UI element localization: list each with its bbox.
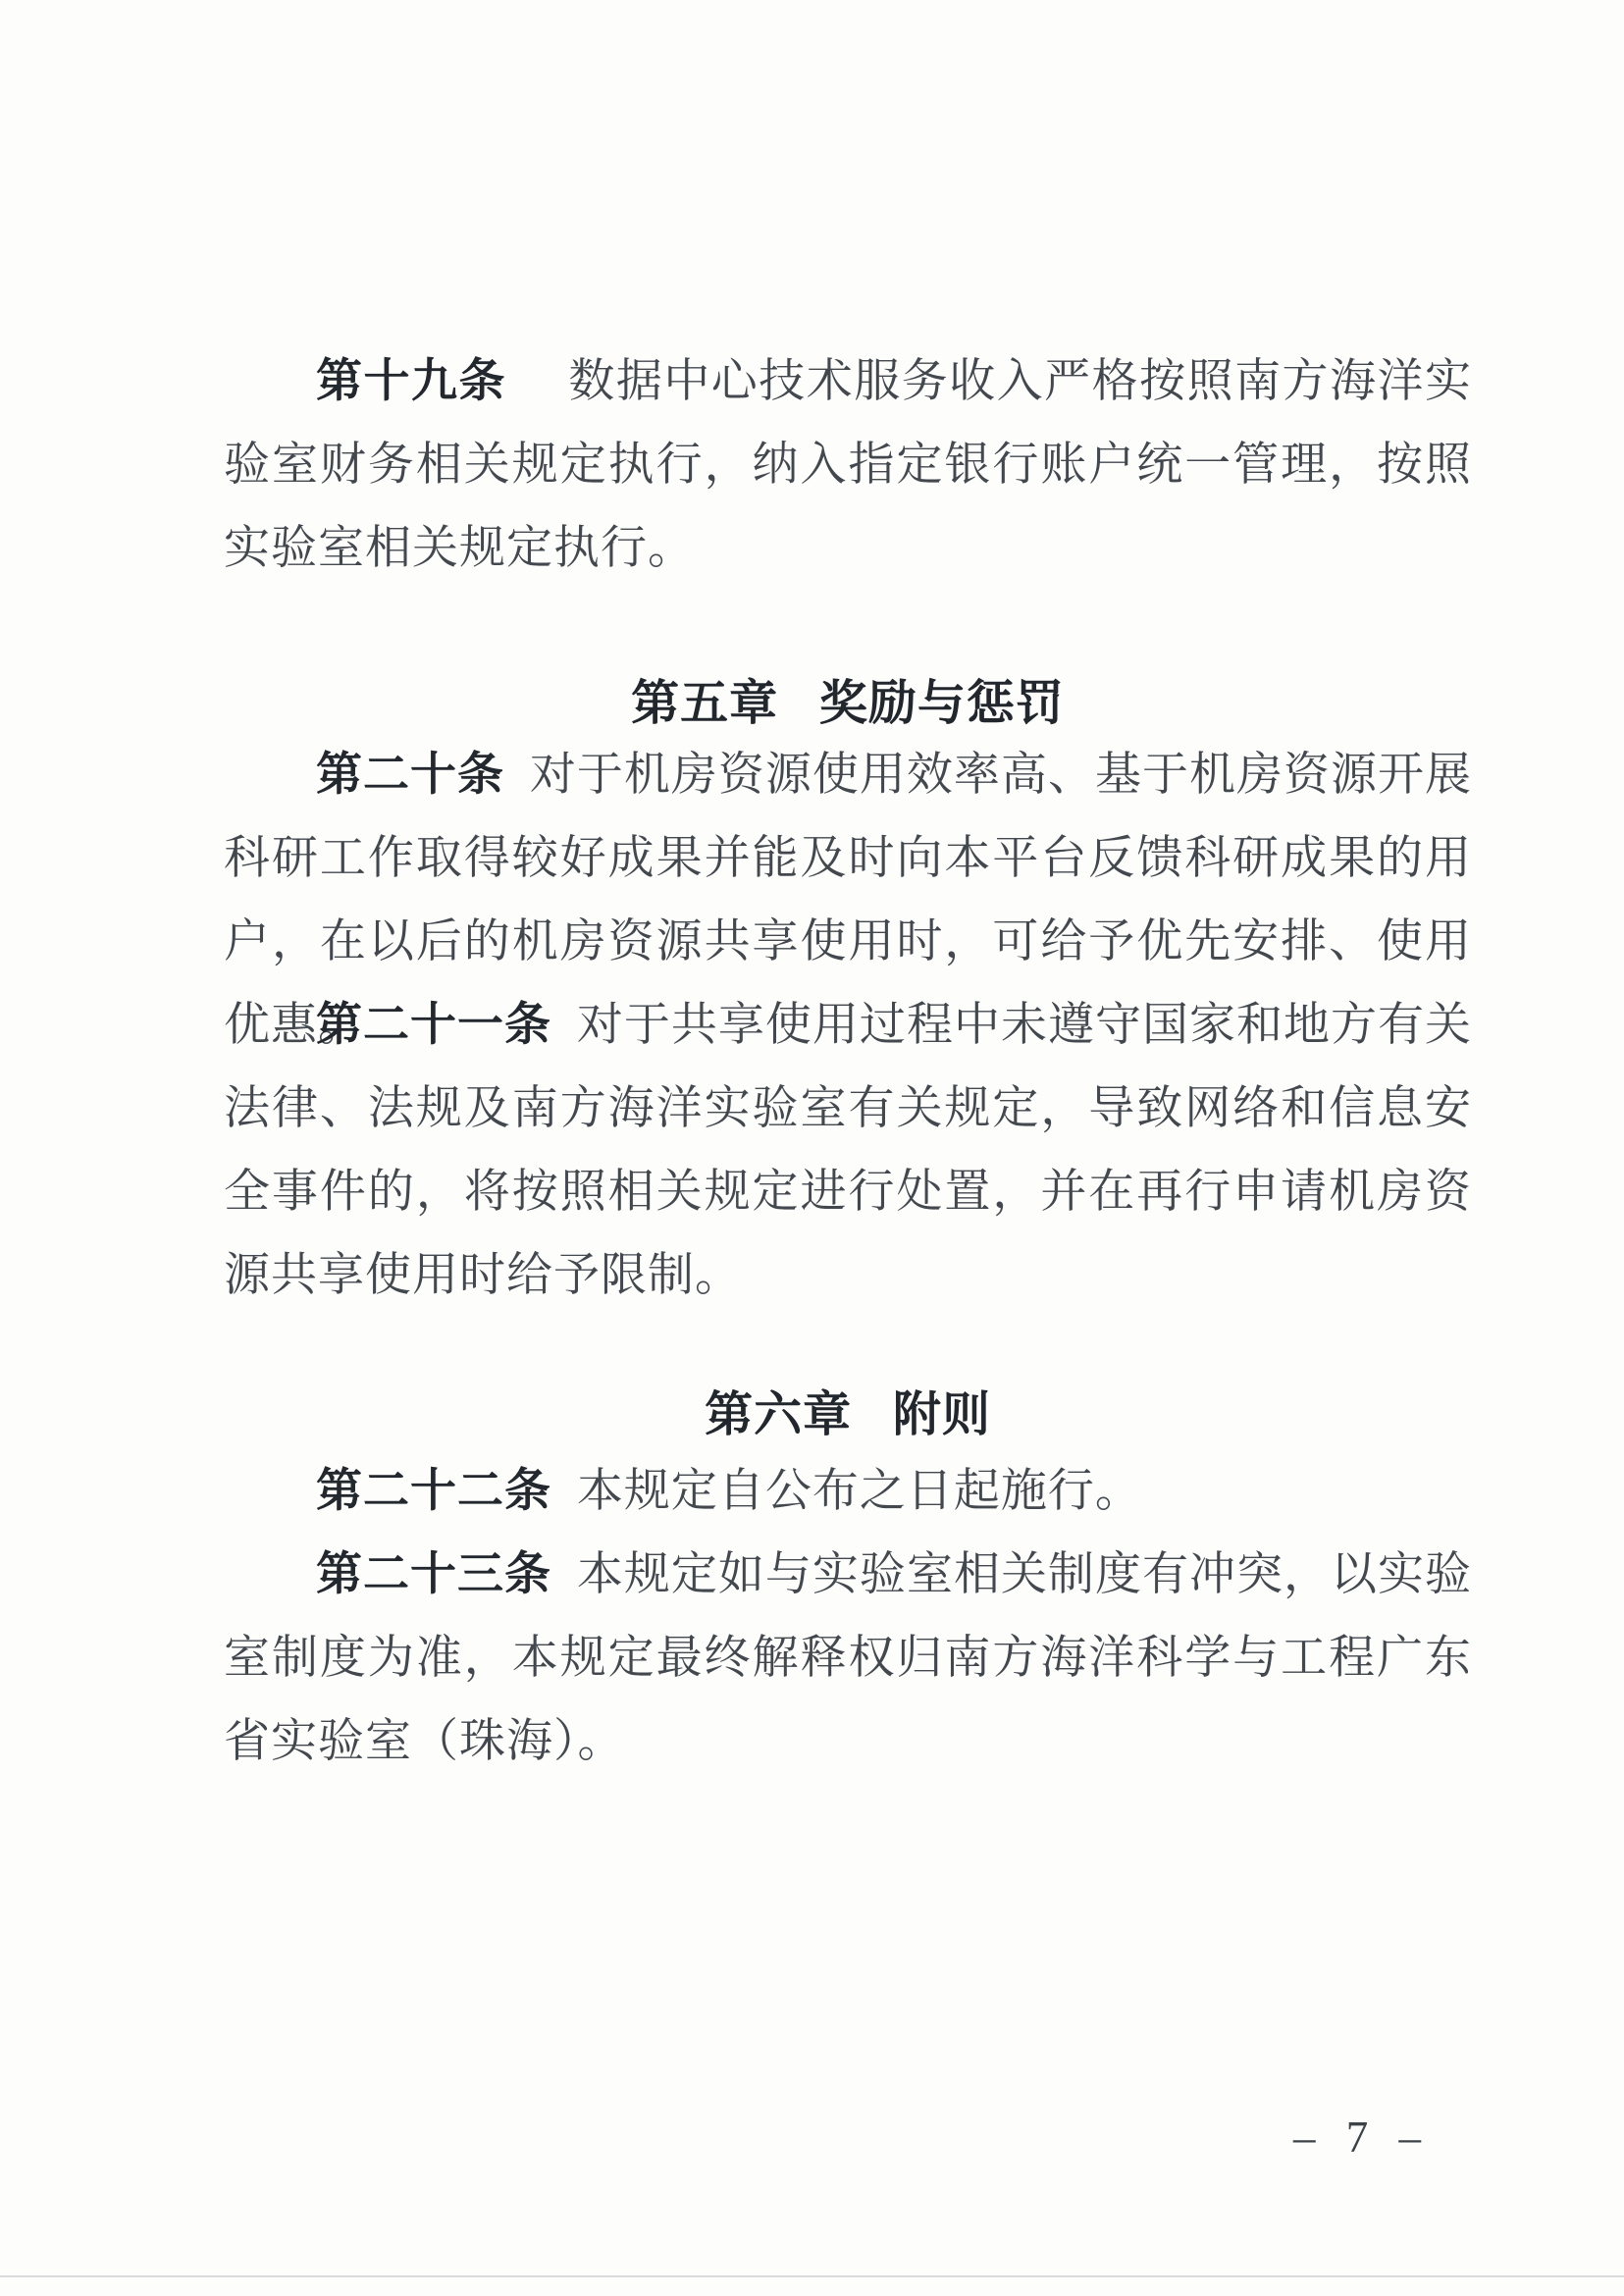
article-20-number: 第二十条 xyxy=(316,750,504,801)
article-19-paragraph: 第十九条数据中心技术服务收入严格按照南方海洋实验室财务相关规定执行，纳入指定银行… xyxy=(224,340,1472,591)
article-23-paragraph: 第二十三条本规定如与实验室相关制度有冲突，以实验室制度为准，本规定最终解释权归南… xyxy=(224,1534,1472,1784)
article-22-number: 第二十二条 xyxy=(316,1466,551,1517)
document-page: 第十九条数据中心技术服务收入严格按照南方海洋实验室财务相关规定执行，纳入指定银行… xyxy=(0,0,1624,2296)
article-22-paragraph: 第二十二条本规定自公布之日起施行。 xyxy=(224,1450,1472,1534)
article-21-number: 第二十一条 xyxy=(316,1000,551,1051)
chapter-6-number: 第六章 xyxy=(705,1388,852,1441)
chapter-5-number: 第五章 xyxy=(631,677,778,730)
article-21-paragraph: 第二十一条对于共享使用过程中未遵守国家和地方有关法律、法规及南方海洋实验室有关规… xyxy=(224,984,1472,1318)
article-23-number: 第二十三条 xyxy=(316,1549,551,1600)
article-19-number: 第十九条 xyxy=(316,356,506,407)
chapter-5-title: 奖励与惩罚 xyxy=(819,677,1065,730)
chapter-6-title: 附则 xyxy=(893,1388,991,1441)
bottom-scan-edge-line xyxy=(0,2275,1624,2277)
chapter-6-heading: 第六章附则 xyxy=(224,1374,1472,1457)
page-number: – 7 – xyxy=(1293,2108,1423,2166)
article-22-text: 本规定自公布之日起施行。 xyxy=(577,1466,1142,1517)
